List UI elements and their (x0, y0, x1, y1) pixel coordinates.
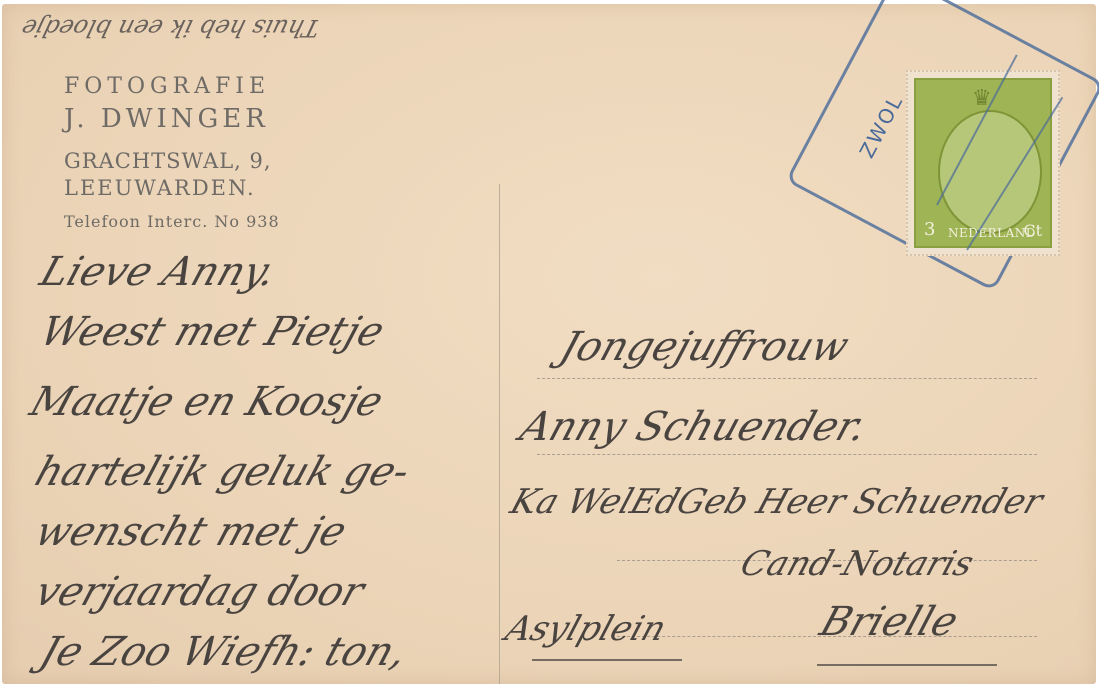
address-line-4: Cand-Notaris (736, 544, 979, 584)
address-line-1: Jongejuffrouw (555, 324, 855, 370)
header-photographer-name: J. DWINGER (64, 104, 269, 134)
center-divider (499, 184, 500, 684)
address-line-2: Anny Schuender. (515, 404, 873, 450)
header-telephone: Telefoon Interc. No 938 (64, 212, 280, 231)
address-rule-2 (537, 454, 1037, 455)
address-line-3: Ka WelEdGeb Heer Schuender (506, 482, 1048, 522)
message-line-6: verjaardag door (30, 569, 370, 615)
underline-asylplein (532, 659, 682, 661)
message-line-1: Lieve Anny. (35, 249, 282, 295)
message-line-3: Maatje en Koosje (25, 379, 389, 425)
postage-stamp: ♛ 3 NEDERLAND Ct (906, 70, 1060, 256)
message-line-7: Je Zoo Wiefh: ton, (35, 629, 413, 675)
message-line-5: wenscht met je (30, 509, 353, 555)
postcard: Thuis heb ik een bloedje FOTOGRAFIE J. D… (2, 4, 1096, 684)
stamp-unit: Ct (1023, 221, 1042, 240)
header-fotografie: FOTOGRAFIE (64, 74, 270, 99)
address-line-5: Asylplein (501, 609, 672, 649)
stamp-value: 3 (924, 219, 935, 240)
address-rule-1 (537, 378, 1037, 379)
address-line-6: Brielle (815, 599, 964, 645)
message-line-2: Weest met Pietje (35, 309, 390, 355)
upside-down-note: Thuis heb ik een bloedje (18, 14, 323, 42)
header-street: GRACHTSWAL, 9, (64, 149, 272, 173)
header-city: LEEUWARDEN. (64, 176, 256, 200)
message-line-4: hartelijk geluk ge- (30, 449, 416, 495)
underline-brielle (817, 664, 997, 666)
